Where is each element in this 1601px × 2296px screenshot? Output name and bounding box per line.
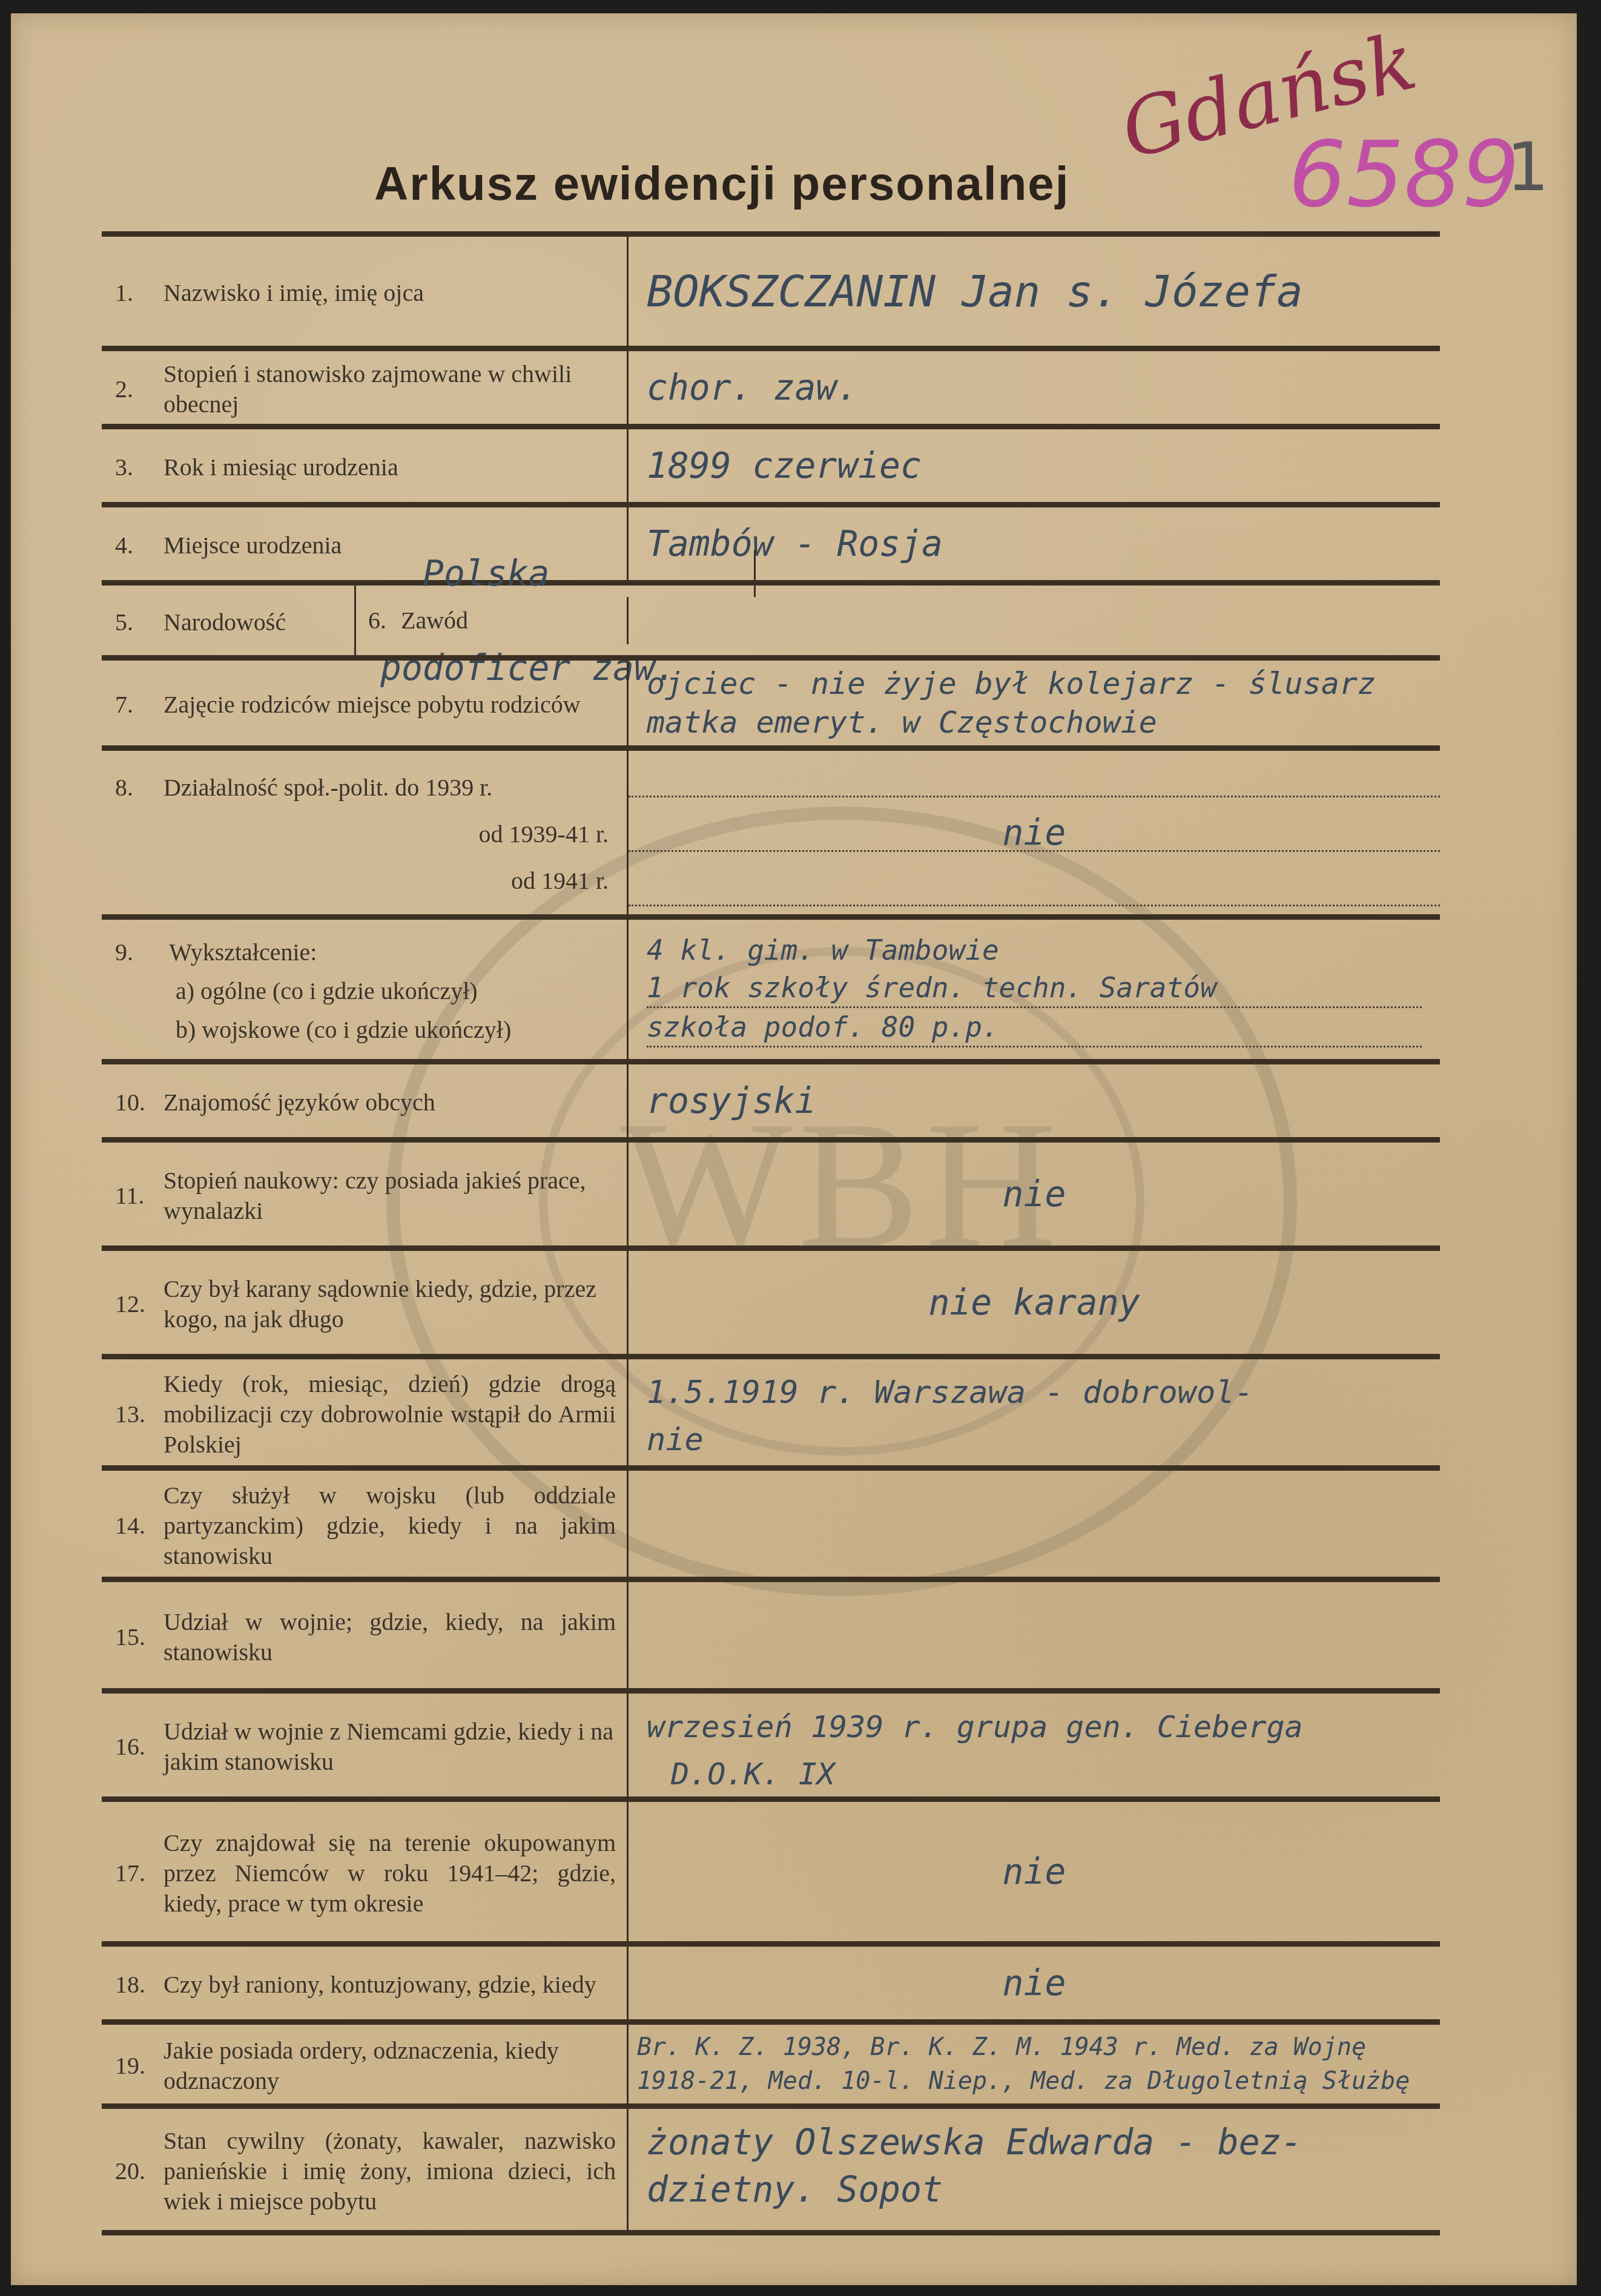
field-label-text: Rok i miesiąc urodzenia — [163, 452, 616, 483]
field-number: 6. — [368, 597, 386, 644]
value-line: dzietny. Sopot — [647, 2166, 1422, 2213]
field-number: 1. — [115, 278, 163, 308]
field-label: 10. Znajomość języków obcych — [102, 1064, 629, 1137]
value-line: żonaty Olszewska Edwarda - bez- — [647, 2119, 1422, 2166]
field-row-12: 12. Czy był karany sądownie kiedy, gdzie… — [102, 1245, 1440, 1354]
field-number: 20. — [115, 2156, 163, 2186]
field-number: 19. — [115, 2051, 163, 2081]
field-label-text: Udział w wojnie z Niemcami gdzie, kiedy … — [163, 1717, 616, 1777]
field-row-13: 13. Kiedy (rok, miesiąc, dzień) gdzie dr… — [102, 1354, 1440, 1465]
field-label: 9. Wykształcenie: a) ogólne (co i gdzie … — [102, 920, 629, 1059]
field-value-marital-status[interactable]: żonaty Olszewska Edwarda - bez- dzietny.… — [629, 2109, 1440, 2230]
value-line: ojciec - nie żyje był kolejarz - ślusarz — [647, 664, 1422, 703]
field-sublabel: b) wojskowe (co i gdzie ukończył) — [115, 1015, 616, 1045]
field-label: 3. Rok i miesiąc urodzenia — [102, 429, 629, 502]
field-value-parents[interactable]: ojciec - nie żyje był kolejarz - ślusarz… — [629, 661, 1440, 745]
field-row-18: 18. Czy był raniony, kontuzjowany, gdzie… — [102, 1941, 1440, 2019]
field-value-languages[interactable]: rosyjski — [629, 1064, 1440, 1137]
field-label: 19. Jakie posiada ordery, odznaczenia, k… — [102, 2025, 629, 2103]
field-label-text: Stan cywilny (żonaty, kawaler, nazwisko … — [163, 2126, 616, 2217]
field-number: 11. — [115, 1181, 163, 1211]
field-number: 5. — [115, 607, 163, 638]
field-label-text: Czy był raniony, kontuzjowany, gdzie, ki… — [163, 1970, 616, 2000]
field-label-text: Czy znajdował się na terenie okupowanym … — [163, 1828, 616, 1919]
document-title: Arkusz ewidencji personalnej — [374, 156, 1069, 211]
field-label-text: Zawód — [401, 597, 468, 644]
field-row-20: 20. Stan cywilny (żonaty, kawaler, nazwi… — [102, 2103, 1440, 2235]
field-row-19: 19. Jakie posiada ordery, odznaczenia, k… — [102, 2019, 1440, 2103]
personnel-form: 1. Nazwisko i imię, imię ojca BOKSZCZANI… — [102, 231, 1440, 2235]
value-line: 4 kl. gim. w Tambowie — [647, 931, 1422, 969]
value-line: 1 rok szkoły średn. techn. Saratów — [647, 969, 1422, 1008]
field-row-11: 11. Stopień naukowy: czy posiada jakieś … — [102, 1137, 1440, 1245]
field-label-text: Narodowość — [163, 607, 343, 638]
field-split-nationality-occupation: Polska 6. Zawód podoficer zaw. — [356, 586, 1440, 655]
field-row-5-6: 5. Narodowość Polska 6. Zawód podoficer … — [102, 580, 1440, 655]
field-label-text: Nazwisko i imię, imię ojca — [163, 278, 616, 308]
field-number: 12. — [115, 1289, 163, 1319]
field-number: 9. — [115, 937, 163, 968]
field-label-text: Czy służył w wojsku (lub oddziale partyz… — [163, 1480, 616, 1571]
value-line: 1.5.1919 r. Warszawa - dobrowol- — [647, 1369, 1422, 1416]
field-row-1: 1. Nazwisko i imię, imię ojca BOKSZCZANI… — [102, 231, 1440, 346]
field-value-decorations[interactable]: Br. K. Z. 1938, Br. K. Z. M. 1943 r. Med… — [629, 2025, 1440, 2103]
field-number: 8. — [115, 773, 163, 803]
value-line: wrzesień 1939 r. grupa gen. Cieberga — [647, 1703, 1422, 1750]
field-value-war-participation[interactable] — [629, 1582, 1440, 1688]
field-label: 6. Zawód — [356, 597, 629, 644]
handwritten-page-number: 1 — [1507, 128, 1549, 206]
value-line: D.O.K. IX — [647, 1750, 1422, 1798]
value-line: Br. K. Z. 1938, Br. K. Z. M. 1943 r. Med… — [637, 2030, 1431, 2064]
field-label: 5. Narodowość — [102, 586, 356, 655]
field-label: 15. Udział w wojnie; gdzie, kiedy, na ja… — [102, 1582, 629, 1688]
field-number: 10. — [115, 1087, 163, 1118]
field-value-political-activity[interactable]: nie — [629, 751, 1440, 914]
field-value-military-service[interactable] — [629, 1471, 1440, 1577]
field-row-17: 17. Czy znajdował się na terenie okupowa… — [102, 1796, 1440, 1941]
field-row-7: 7. Zajęcie rodziców miejsce pobytu rodzi… — [102, 655, 1440, 745]
field-label: 1. Nazwisko i imię, imię ojca — [102, 237, 629, 346]
field-row-3: 3. Rok i miesiąc urodzenia 1899 czerwiec — [102, 424, 1440, 502]
field-number: 13. — [115, 1399, 163, 1430]
dotted-line — [629, 759, 1440, 797]
field-number: 17. — [115, 1858, 163, 1889]
field-row-10: 10. Znajomość języków obcych rosyjski — [102, 1059, 1440, 1137]
field-row-15: 15. Udział w wojnie; gdzie, kiedy, na ja… — [102, 1577, 1440, 1688]
field-label: 14. Czy służył w wojsku (lub oddziale pa… — [102, 1471, 629, 1577]
field-label-text: Jakie posiada ordery, odznaczenia, kiedy… — [163, 2036, 616, 2096]
field-number: 16. — [115, 1732, 163, 1762]
field-row-14: 14. Czy służył w wojsku (lub oddziale pa… — [102, 1465, 1440, 1577]
field-label-text: Znajomość języków obcych — [163, 1087, 616, 1118]
field-label-text: Kiedy (rok, miesiąc, dzień) gdzie drogą … — [163, 1369, 616, 1460]
field-value-academic-degree[interactable]: nie — [629, 1143, 1440, 1245]
value-line: szkoła podof. 80 p.p. — [647, 1008, 1422, 1047]
field-value-war-with-germany[interactable]: wrzesień 1939 r. grupa gen. Cieberga D.O… — [629, 1694, 1440, 1796]
field-number: 14. — [115, 1511, 163, 1541]
field-value-occupied-territory[interactable]: nie — [629, 1802, 1440, 1941]
value-line: 1918-21, Med. 10-l. Niep., Med. za Długo… — [637, 2064, 1431, 2098]
field-value-name[interactable]: BOKSZCZANIN Jan s. Józefa — [629, 237, 1440, 346]
field-value-birth-date[interactable]: 1899 czerwiec — [629, 429, 1440, 502]
field-row-16: 16. Udział w wojnie z Niemcami gdzie, ki… — [102, 1688, 1440, 1796]
field-label: 17. Czy znajdował się na terenie okupowa… — [102, 1802, 629, 1941]
field-label-text: Stopień naukowy: czy posiada jakieś prac… — [163, 1166, 616, 1226]
field-row-2: 2. Stopień i stanowisko zajmowane w chwi… — [102, 346, 1440, 424]
field-value-rank[interactable]: chor. zaw. — [629, 351, 1440, 424]
field-label-text: Udział w wojnie; gdzie, kiedy, na jakim … — [163, 1607, 616, 1668]
field-label: 2. Stopień i stanowisko zajmowane w chwi… — [102, 351, 629, 424]
document-sheet: WBH Arkusz ewidencji personalnej Gdańsk … — [11, 13, 1577, 2285]
field-label: 8. Działalność społ.-polit. do 1939 r. o… — [102, 751, 629, 914]
field-sublabel: 9. Wykształcenie: — [115, 937, 616, 968]
field-row-4: 4. Miejsce urodzenia Tambów - Rosja — [102, 502, 1440, 580]
field-number: 18. — [115, 1970, 163, 2000]
field-label: 18. Czy był raniony, kontuzjowany, gdzie… — [102, 1947, 629, 2019]
field-row-8: 8. Działalność społ.-polit. do 1939 r. o… — [102, 745, 1440, 914]
value-line: nie — [647, 1416, 1422, 1463]
field-value-wounded[interactable]: nie — [629, 1947, 1440, 2019]
field-label: 13. Kiedy (rok, miesiąc, dzień) gdzie dr… — [102, 1359, 629, 1465]
field-label-text: Działalność społ.-polit. do 1939 r. — [163, 773, 492, 803]
field-label: 20. Stan cywilny (żonaty, kawaler, nazwi… — [102, 2109, 629, 2230]
field-value-nationality[interactable]: Polska — [356, 550, 756, 597]
field-number: 4. — [115, 530, 163, 561]
field-row-9: 9. Wykształcenie: a) ogólne (co i gdzie … — [102, 914, 1440, 1059]
field-number: 3. — [115, 452, 163, 483]
field-label: 12. Czy był karany sądownie kiedy, gdzie… — [102, 1251, 629, 1354]
dotted-line — [629, 868, 1440, 906]
value-text: nie — [1003, 809, 1066, 856]
field-number: 15. — [115, 1622, 163, 1652]
field-sublabel: od 1939-41 r. — [115, 819, 616, 849]
field-sublabel: a) ogólne (co i gdzie ukończył) — [115, 976, 616, 1006]
value-line: matka emeryt. w Częstochowie — [647, 703, 1422, 742]
field-sublabel: 8. Działalność społ.-polit. do 1939 r. — [115, 773, 616, 803]
field-value-criminal-record[interactable]: nie karany — [629, 1251, 1440, 1354]
field-label-text: Stopień i stanowisko zajmowane w chwili … — [163, 359, 616, 420]
handwritten-file-number: 6589 — [1289, 122, 1520, 228]
field-number: 2. — [115, 374, 163, 404]
field-number: 7. — [115, 690, 163, 720]
field-label-text: Zajęcie rodziców miejsce pobytu rodziców — [163, 690, 616, 720]
field-value-enlistment[interactable]: 1.5.1919 r. Warszawa - dobrowol- nie — [629, 1359, 1440, 1465]
field-sublabel: od 1941 r. — [115, 866, 616, 896]
field-label: 7. Zajęcie rodziców miejsce pobytu rodzi… — [102, 661, 629, 745]
field-label: 11. Stopień naukowy: czy posiada jakieś … — [102, 1143, 629, 1245]
field-label-text: Wykształcenie: — [169, 939, 317, 966]
field-label: 16. Udział w wojnie z Niemcami gdzie, ki… — [102, 1694, 629, 1796]
field-label-text: Czy był karany sądownie kiedy, gdzie, pr… — [163, 1274, 616, 1334]
field-value-education[interactable]: 4 kl. gim. w Tambowie 1 rok szkoły średn… — [629, 920, 1440, 1059]
